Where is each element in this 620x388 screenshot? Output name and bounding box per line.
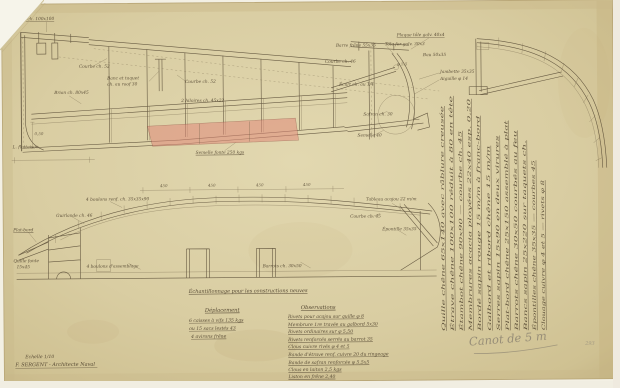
profile-label: Brion ch. 80x45 — [53, 91, 89, 96]
stern-label: Tôle fer galv. 30x3 — [385, 42, 425, 47]
stern-label: Plaque tôle galv. 40x4 — [396, 33, 445, 38]
top-backing-sliver — [44, 0, 104, 3]
plan-label: Plat-bord — [12, 228, 33, 233]
stern-label: Safran ch. 30 — [363, 112, 393, 117]
observations-heading: Observations — [301, 305, 336, 311]
scale-label: Echelle 1/10 — [24, 354, 54, 360]
ballast-label: Semelle fonte 250 kgs — [196, 151, 245, 156]
stern-label: Écart ch. au 1/4 — [338, 81, 374, 87]
plan-label: Quille fonte — [14, 259, 40, 264]
plan-label: Épontille 35x35 — [381, 226, 417, 232]
stern-dim: φ 5,5 — [397, 61, 408, 66]
station-spacing-dim: 450 — [159, 183, 168, 188]
paper-sheet-group: Étrave ch. 100x100 Courbe ch. 52 Banc et… — [2, 0, 616, 383]
stern-label: Bau 50x35 — [422, 53, 447, 58]
profile-label: ch. au roof 30 — [107, 82, 138, 87]
station-spacing-dim: 450 — [207, 183, 216, 188]
plan-label: Courbe ch. 45 — [350, 214, 381, 219]
station-spacing-dim: 450 — [302, 182, 311, 187]
stern-label: Barre frêne 55x35 — [335, 43, 376, 48]
page-number: 293 — [584, 341, 595, 347]
stern-label: Courbe ch. 46 — [325, 60, 356, 65]
observation-line: Rivets ordinaires sur φ 5,50 — [287, 329, 353, 336]
observation-line: Clous en laiton 2,5 kgs — [288, 367, 342, 373]
profile-label: 2 hiloires ch. 45x22 — [180, 99, 224, 104]
plan-label: Barrots ch. 30x50 — [262, 264, 302, 269]
profile-label: Courbe ch. 52 — [79, 65, 110, 70]
plan-label: 4 boulons d'assemblage — [86, 264, 140, 269]
drawing-canvas: Étrave ch. 100x100 Courbe ch. 52 Banc et… — [0, 0, 620, 388]
profile-label: L. flottaison — [12, 145, 39, 150]
stern-label: Aiguille φ 14 — [439, 77, 468, 82]
author-label: F. SERGENT - Architecte Naval — [14, 362, 95, 369]
station-spacing-dim: 450 — [255, 182, 264, 187]
plan-label: 4 boulons renf. ch. 35x35x90 — [85, 197, 149, 203]
displacement-heading: Déplacement — [204, 307, 241, 314]
spec-line: Clouage cuivre φ 4 et 5 — rivets φ 8 — [540, 180, 547, 330]
plan-label: Guirlande ch. 46 — [56, 214, 93, 219]
plan-label: 15x45 — [17, 265, 31, 270]
profile-label: Courbe ch. 52 — [185, 80, 216, 85]
photographed-plan-sheet: Étrave ch. 100x100 Courbe ch. 52 Banc et… — [0, 0, 620, 388]
stern-label: Semelle 40 — [358, 133, 383, 138]
profile-label: Banc et taquet — [106, 76, 139, 81]
bottom-backing-strip — [0, 381, 620, 388]
observation-line: Rivets pour acajou sur quille φ 8 — [287, 314, 364, 321]
profile-dim: 0,50 — [34, 131, 43, 136]
stern-label: Jambette 35x35 — [439, 70, 475, 75]
right-backing-strip — [613, 0, 620, 388]
plan-label: Tableau acajou 22 m/m — [366, 197, 417, 202]
